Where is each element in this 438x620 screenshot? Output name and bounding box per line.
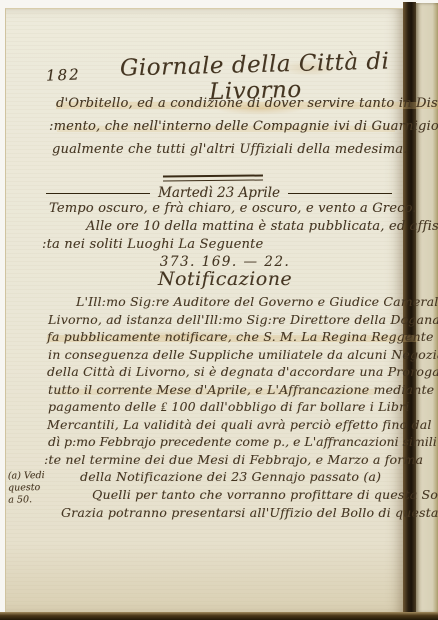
notice-line: in conseguenza delle Suppliche umiliatel…: [48, 347, 438, 362]
publication-line: Alle ore 10 della mattina è stata pubbli…: [86, 219, 438, 234]
notice-line: Livorno, ad istanza dell'Ill:mo Sig:re D…: [48, 312, 438, 327]
notice-line: tutto il corrente Mese d'Aprile, e L'Aff…: [48, 382, 438, 397]
intro-line: :mento, che nell'interno delle Compagnie…: [49, 119, 438, 134]
bottom-shadow-band: [0, 612, 438, 620]
page-number: 182: [46, 65, 81, 84]
section-divider-double-rule: [163, 174, 263, 181]
intro-line: gualmente che tutti gl'altri Uffiziali d…: [52, 142, 408, 157]
notice-line: :te nel termine dei due Mesi di Febbrajo…: [44, 452, 423, 467]
manuscript-scan: 182 Giornale della Città di Livorno d'Or…: [0, 0, 438, 620]
margin-note: (a) Vedi questo a 50.: [8, 469, 79, 506]
closing-line: Grazia potranno presentarsi all'Uffizio …: [61, 505, 438, 520]
date-rule-left: [46, 193, 150, 194]
notice-line: fa pubblicamente notificare, che S. M. L…: [47, 329, 434, 344]
closing-line: Quelli per tanto che vorranno profittare…: [92, 487, 438, 502]
notice-line: L'Ill:mo Sig:re Auditore del Governo e G…: [76, 294, 438, 309]
notice-line: della Notificazione dei 23 Gennajo passa…: [80, 469, 381, 484]
intro-line: d'Orbitello, ed a condizione di dover se…: [56, 96, 438, 111]
publication-line: :ta nei soliti Luoghi La Seguente: [42, 237, 263, 252]
weather-line: Tempo oscuro, e frà chiaro, e oscuro, e …: [49, 201, 417, 216]
notice-line: Mercantili, La validità dei quali avrà p…: [47, 417, 432, 432]
notice-heading: Notificazione: [130, 268, 320, 290]
notice-line: pagamento delle ₤ 100 dall'obbligo di fa…: [48, 399, 409, 415]
notice-line: della Città di Livorno, si è degnata d'a…: [47, 364, 438, 379]
date-header: Martedì 23 Aprile: [46, 185, 392, 201]
date-text: Martedì 23 Aprile: [150, 185, 288, 201]
date-rule-right: [288, 193, 392, 194]
margin-note-line: (a) Vedi questo: [8, 469, 78, 494]
notice-line: dì p:mo Febbrajo precedente come p., e L…: [48, 434, 438, 449]
